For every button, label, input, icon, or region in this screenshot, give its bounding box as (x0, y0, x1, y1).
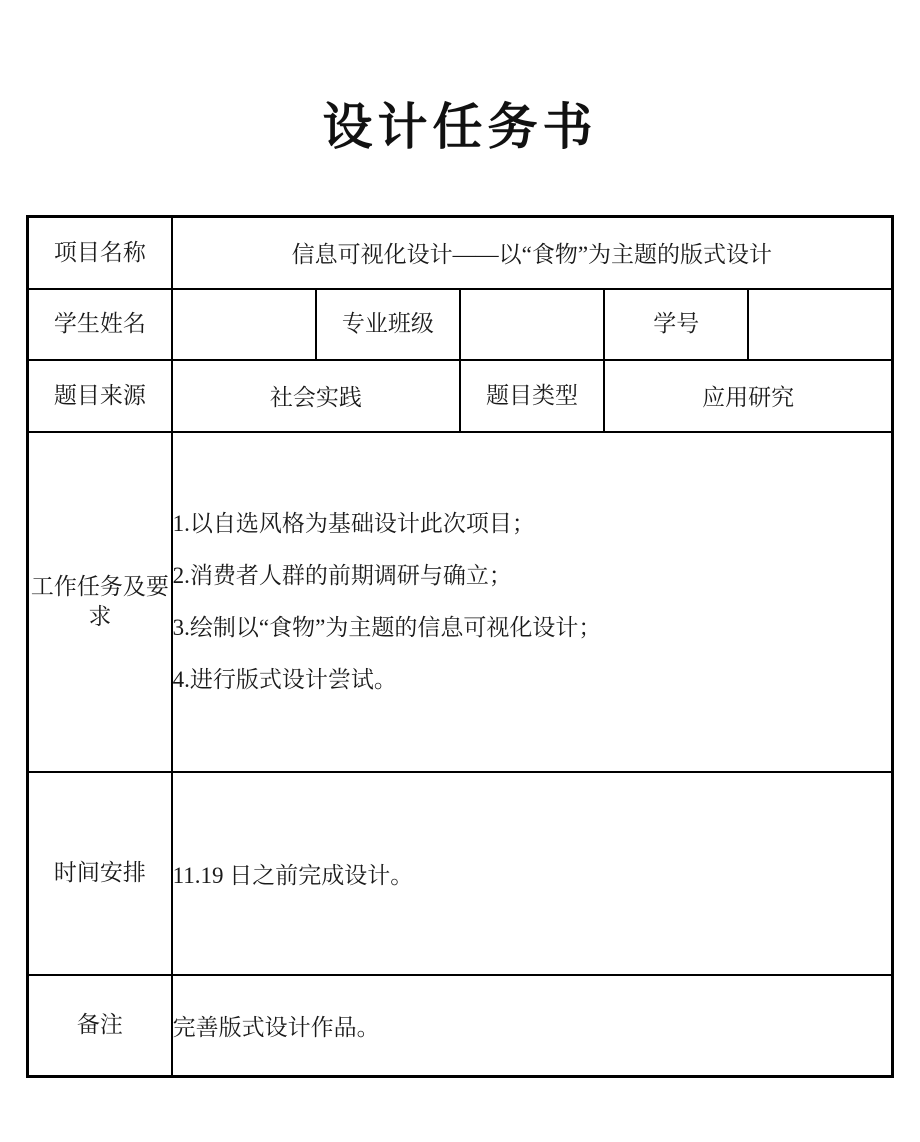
tasks-label: 工作任务及要求 (28, 432, 172, 772)
project-name-value: 信息可视化设计——以“食物”为主题的版式设计 (172, 217, 893, 289)
topic-type-value: 应用研究 (604, 360, 892, 432)
student-id-label: 学号 (604, 289, 748, 360)
student-name-label: 学生姓名 (28, 289, 172, 360)
document-page: 设计任务书 项目名称 信息可视化设计——以“食物”为主题的版式设计 学生姓名 专… (0, 0, 920, 1142)
tasks-content: 1.以自选风格为基础设计此次项目； 2.消费者人群的前期调研与确立； 3.绘制以… (172, 432, 893, 772)
student-info-row: 学生姓名 专业班级 学号 (28, 289, 893, 360)
major-class-value-cell (460, 289, 604, 360)
task-item: 2.消费者人群的前期调研与确立； (173, 550, 891, 602)
remarks-value: 完善版式设计作品。 (172, 975, 893, 1077)
student-id-value-cell (748, 289, 892, 360)
topic-source-value: 社会实践 (172, 360, 460, 432)
project-name-label: 项目名称 (28, 217, 172, 289)
task-form-table: 项目名称 信息可视化设计——以“食物”为主题的版式设计 学生姓名 专业班级 学号… (26, 215, 894, 1078)
remarks-label: 备注 (28, 975, 172, 1077)
document-title: 设计任务书 (0, 0, 920, 158)
task-item: 3.绘制以“食物”为主题的信息可视化设计； (173, 602, 891, 654)
task-item: 4.进行版式设计尝试。 (173, 654, 891, 706)
remarks-row: 备注 完善版式设计作品。 (28, 975, 893, 1077)
schedule-label: 时间安排 (28, 772, 172, 975)
topic-source-label: 题目来源 (28, 360, 172, 432)
tasks-row: 工作任务及要求 1.以自选风格为基础设计此次项目； 2.消费者人群的前期调研与确… (28, 432, 893, 772)
student-name-value-cell (172, 289, 316, 360)
schedule-value: 11.19 日之前完成设计。 (172, 772, 893, 975)
topic-type-label: 题目类型 (460, 360, 604, 432)
task-item: 1.以自选风格为基础设计此次项目； (173, 498, 891, 550)
schedule-row: 时间安排 11.19 日之前完成设计。 (28, 772, 893, 975)
project-name-row: 项目名称 信息可视化设计——以“食物”为主题的版式设计 (28, 217, 893, 289)
major-class-label: 专业班级 (316, 289, 460, 360)
topic-info-row: 题目来源 社会实践 题目类型 应用研究 (28, 360, 893, 432)
